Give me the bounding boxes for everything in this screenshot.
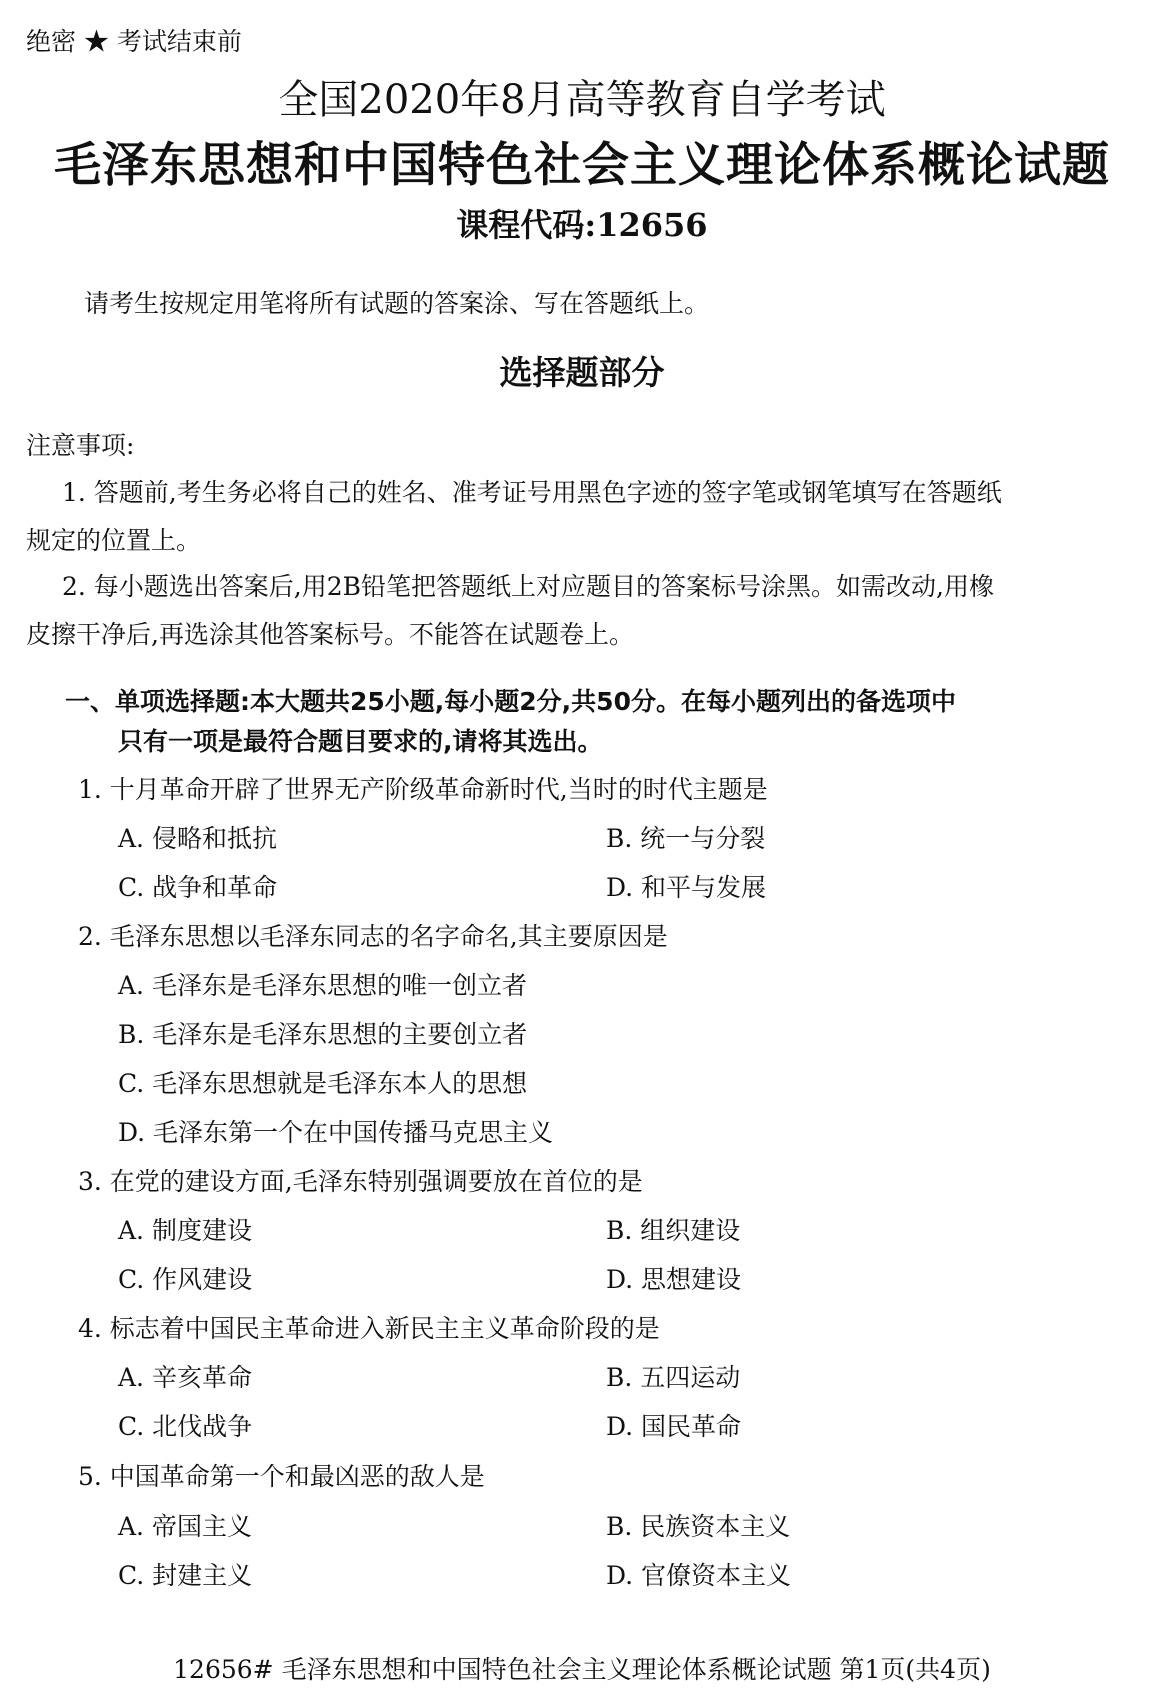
question-stem: 5. 中国革命第一个和最凶恶的敌人是 <box>78 1457 485 1493</box>
option-d: D. 思想建设 <box>606 1260 741 1296</box>
option-a: A. 制度建设 <box>118 1211 252 1247</box>
part-one-header-line-2: 只有一项是最符合题目要求的,请将其选出。 <box>118 722 603 758</box>
notes-label: 注意事项: <box>26 426 134 462</box>
course-code: 课程代码:12656 <box>0 200 1164 246</box>
option-b: B. 毛泽东是毛泽东思想的主要创立者 <box>118 1015 527 1051</box>
exam-session-title: 全国2020年8月高等教育自学考试 <box>0 68 1164 125</box>
question-stem: 3. 在党的建设方面,毛泽东特别强调要放在首位的是 <box>78 1162 643 1198</box>
option-a: A. 毛泽东是毛泽东思想的唯一创立者 <box>118 966 527 1002</box>
question-stem: 4. 标志着中国民主革命进入新民主主义革命阶段的是 <box>78 1309 660 1345</box>
option-b: B. 民族资本主义 <box>606 1507 790 1543</box>
option-a: A. 侵略和抵抗 <box>118 819 277 855</box>
option-c: C. 作风建设 <box>118 1260 252 1296</box>
option-c: C. 战争和革命 <box>118 868 277 904</box>
note-1-line-1: 1. 答题前,考生务必将自己的姓名、准考证号用黑色字迹的签字笔或钢笔填写在答题纸 <box>62 473 1002 509</box>
option-b: B. 五四运动 <box>606 1358 740 1394</box>
option-c: C. 封建主义 <box>118 1556 252 1592</box>
note-2-line-1: 2. 每小题选出答案后,用2B铅笔把答题纸上对应题目的答案标号涂黑。如需改动,用… <box>62 567 994 603</box>
option-c: C. 毛泽东思想就是毛泽东本人的思想 <box>118 1064 527 1100</box>
option-c: C. 北伐战争 <box>118 1407 252 1443</box>
general-instruction: 请考生按规定用笔将所有试题的答案涂、写在答题纸上。 <box>84 284 709 320</box>
question-stem: 2. 毛泽东思想以毛泽东同志的名字命名,其主要原因是 <box>78 917 668 953</box>
option-a: A. 辛亥革命 <box>118 1358 252 1394</box>
option-d: D. 和平与发展 <box>606 868 766 904</box>
subject-title: 毛泽东思想和中国特色社会主义理论体系概论试题 <box>0 128 1164 195</box>
option-d: D. 毛泽东第一个在中国传播马克思主义 <box>118 1113 553 1149</box>
note-1-line-2: 规定的位置上。 <box>26 521 201 557</box>
option-b: B. 组织建设 <box>606 1211 740 1247</box>
option-d: D. 官僚资本主义 <box>606 1556 791 1592</box>
question-stem: 1. 十月革命开辟了世界无产阶级革命新时代,当时的时代主题是 <box>78 770 768 806</box>
option-d: D. 国民革命 <box>606 1407 741 1443</box>
secret-mark: 绝密 ★ 考试结束前 <box>26 22 242 58</box>
part-one-header-line-1: 一、单项选择题:本大题共25小题,每小题2分,共50分。在每小题列出的备选项中 <box>65 682 956 718</box>
option-a: A. 帝国主义 <box>118 1507 252 1543</box>
page-footer: 12656# 毛泽东思想和中国特色社会主义理论体系概论试题 第1页(共4页) <box>0 1650 1164 1686</box>
note-2-line-2: 皮擦干净后,再选涂其他答案标号。不能答在试题卷上。 <box>26 615 634 651</box>
section-title: 选择题部分 <box>0 347 1164 394</box>
option-b: B. 统一与分裂 <box>606 819 765 855</box>
